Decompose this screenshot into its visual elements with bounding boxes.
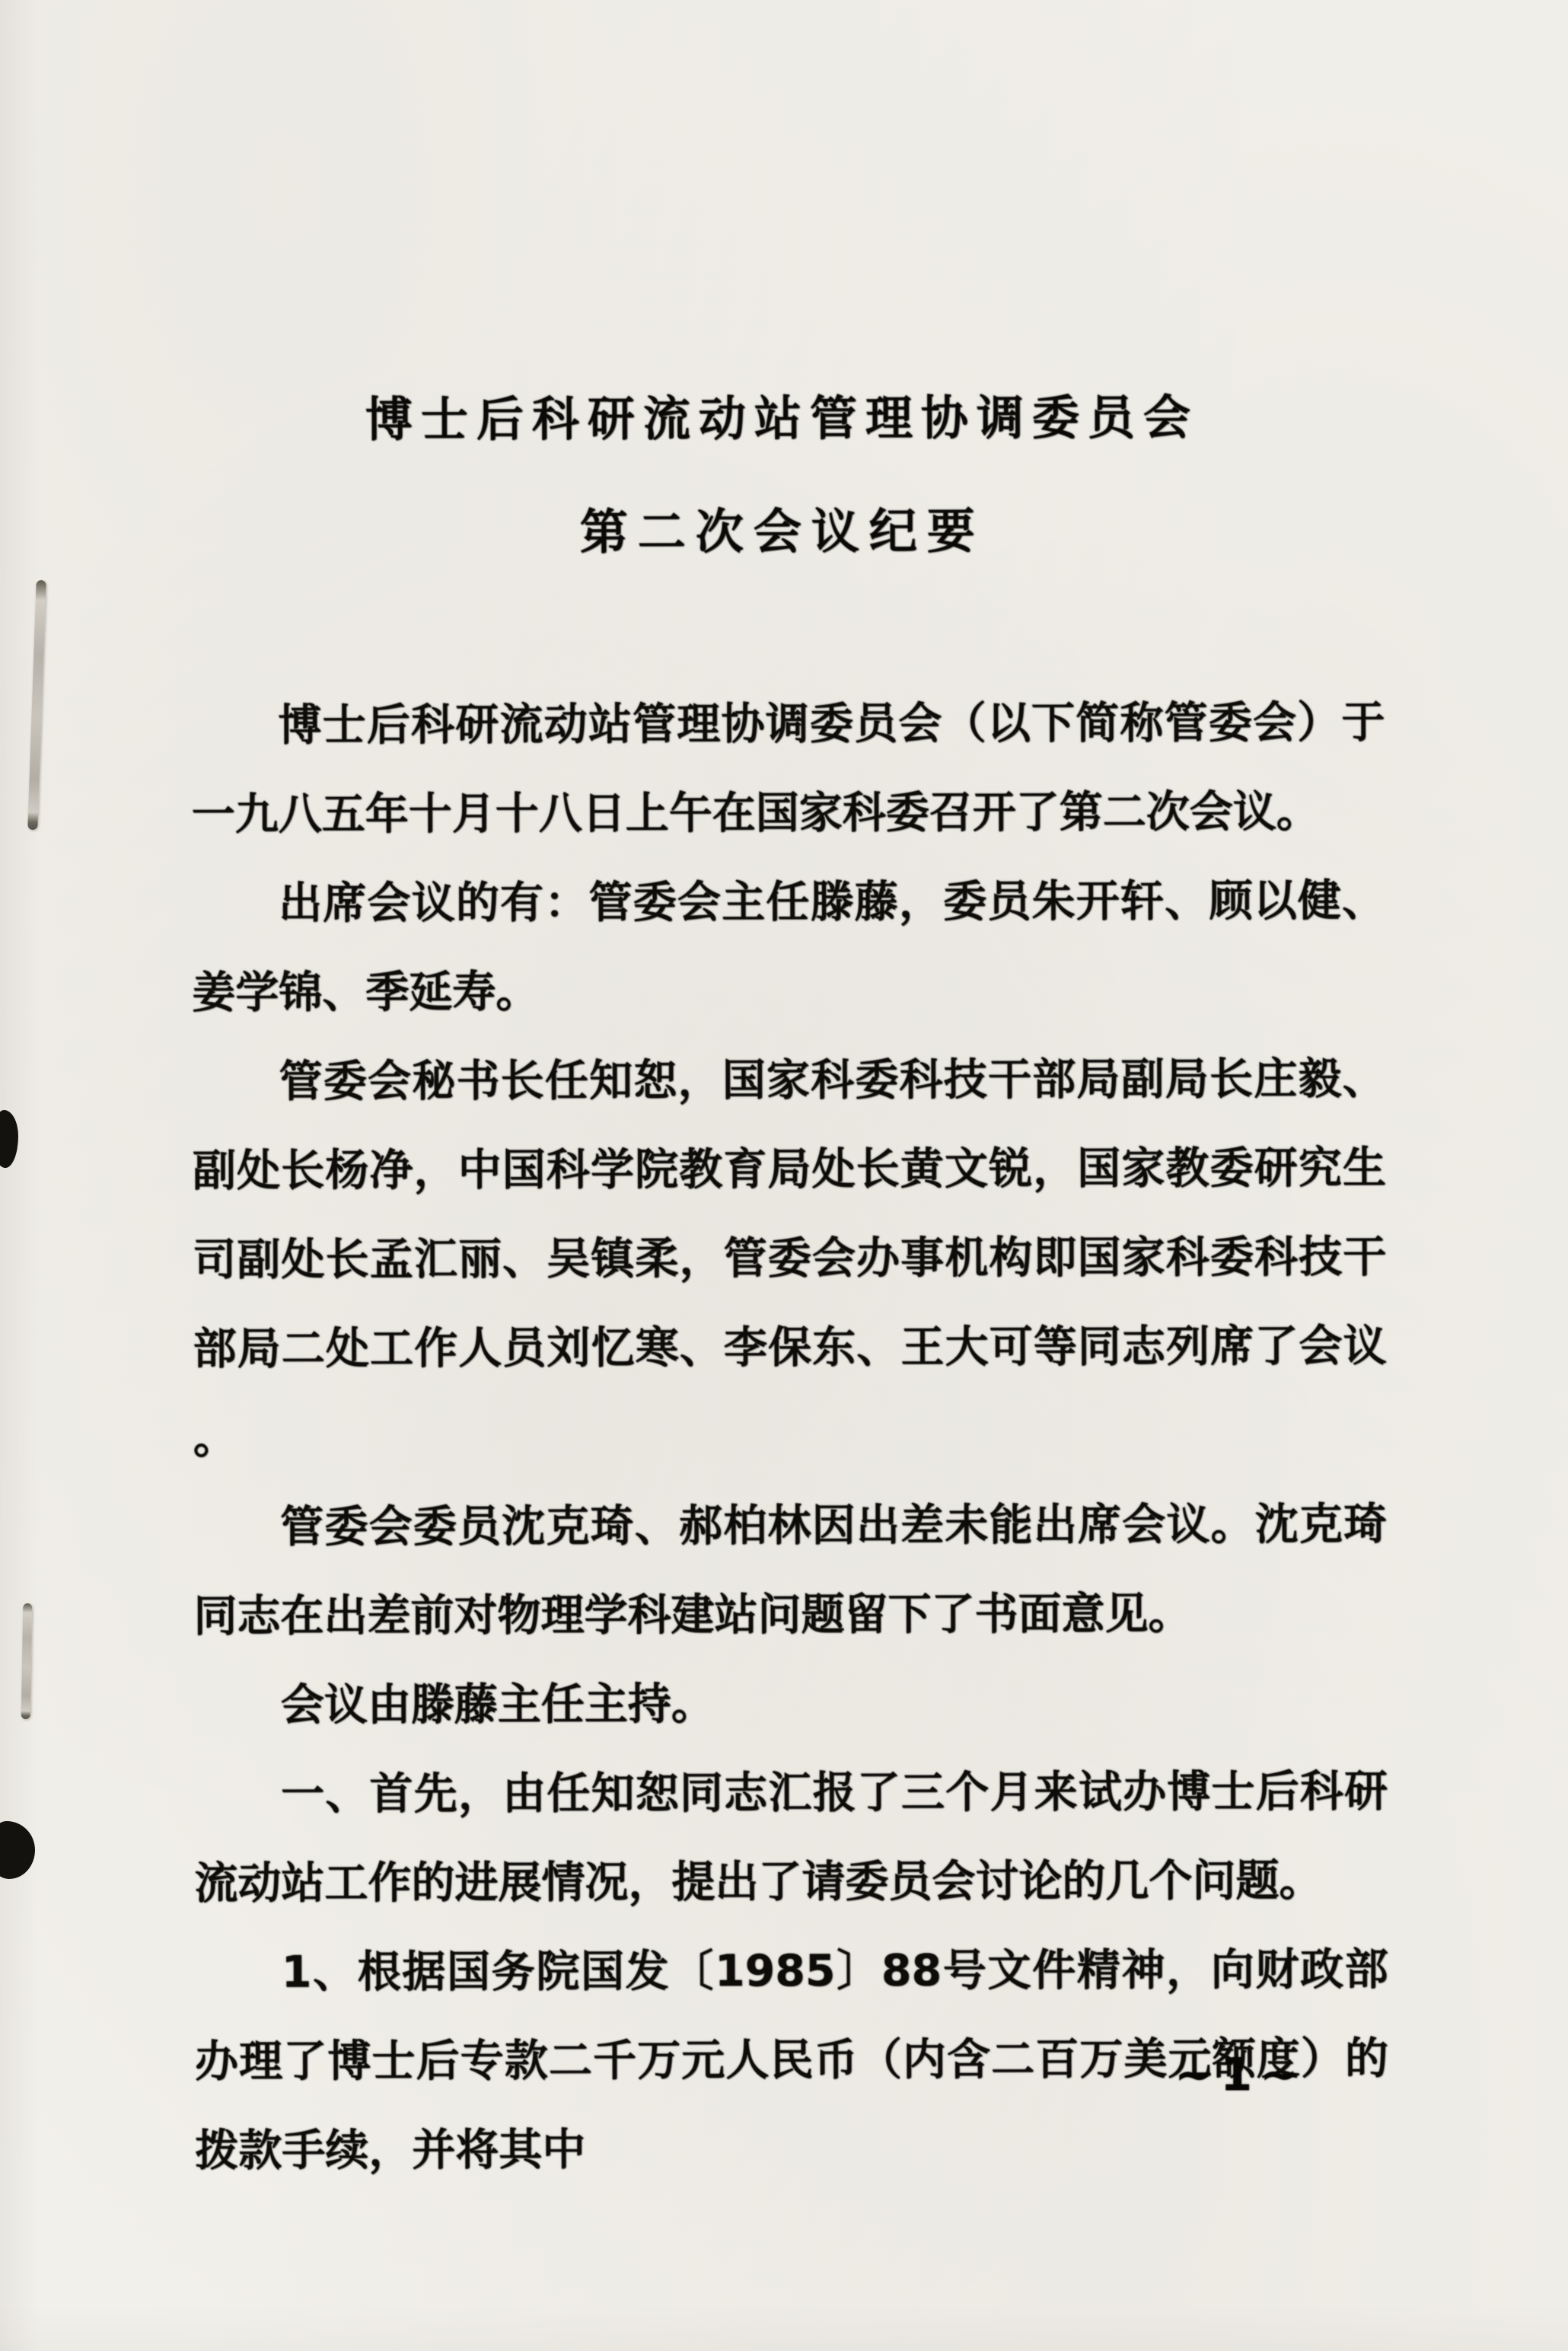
document-title-line-2: 第二次会议纪要 — [0, 491, 1566, 564]
paragraph-observers: 管委会秘书长任知恕，国家科委科技干部局副局长庄毅、副处长杨净，中国科学院教育局处… — [193, 1035, 1388, 1483]
paragraph-attendees: 出席会议的有：管委会主任滕藤，委员朱开轩、顾以健、姜学锦、季延寿。 — [192, 857, 1386, 1038]
document-body: 博士后科研流动站管理协调委员会（以下简称管委会）于一九八五年十月十八日上午在国家… — [191, 678, 1388, 2196]
document-title-line-1: 博士后科研流动站管理协调委员会 — [0, 378, 1566, 450]
paragraph-item-one: 一、首先，由任知恕同志汇报了三个月来试办博士后科研流动站工作的进展情况，提出了请… — [194, 1747, 1388, 1928]
document-content: 博士后科研流动站管理协调委员会 第二次会议纪要 博士后科研流动站管理协调委员会（… — [0, 0, 1568, 2351]
page-number: ~1~ — [1174, 2048, 1305, 2101]
paragraph-absent-members: 管委会委员沈克琦、郝柏林因出差未能出席会议。沈克琦同志在出差前对物理学科建站问题… — [193, 1480, 1388, 1661]
paragraph-chair: 会议由滕藤主任主持。 — [194, 1658, 1388, 1750]
scanned-document-page: 博士后科研流动站管理协调委员会 第二次会议纪要 博士后科研流动站管理协调委员会（… — [0, 0, 1568, 2351]
paragraph-intro: 博士后科研流动站管理协调委员会（以下简称管委会）于一九八五年十月十八日上午在国家… — [191, 678, 1385, 860]
